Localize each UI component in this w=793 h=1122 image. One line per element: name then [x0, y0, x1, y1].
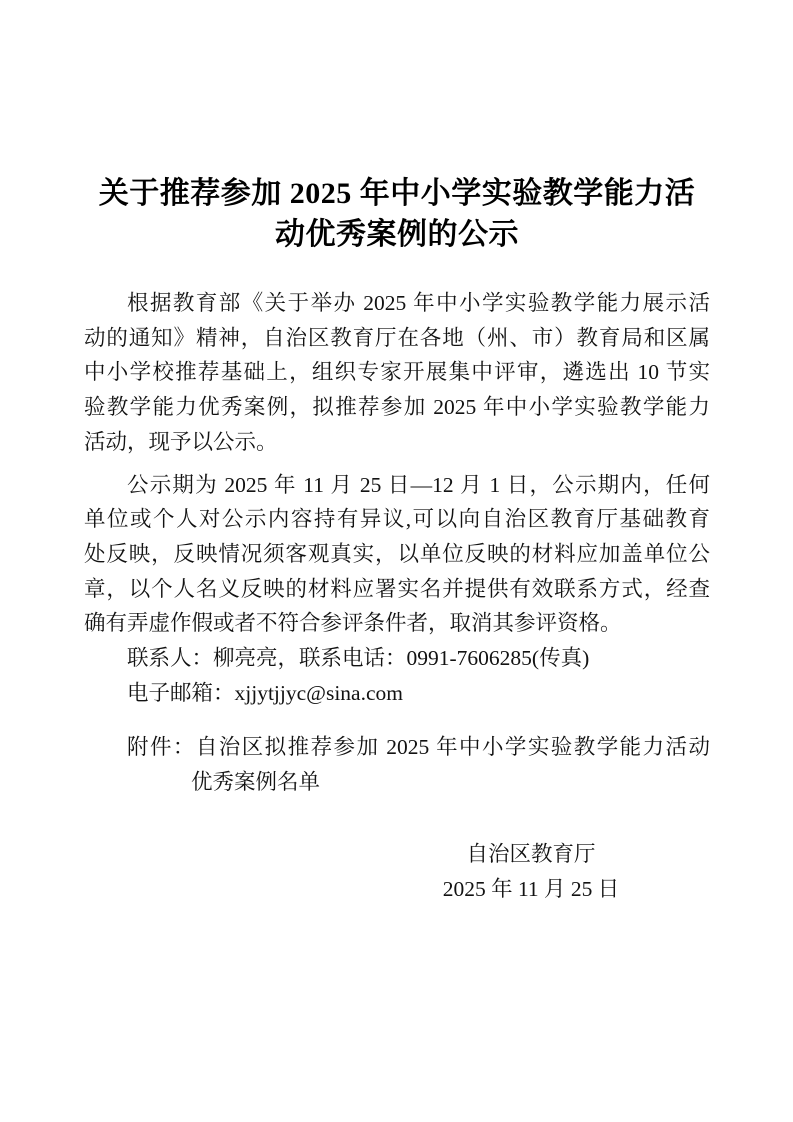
title-line-2: 动优秀案例的公示	[84, 214, 710, 255]
body-line: 确有弄虚作假或者不符合参评条件者，取消其参评资格。	[84, 606, 710, 641]
contact-email-line: 电子邮箱：xjjytjjyc@sina.com	[84, 676, 710, 711]
contact-info: 联系人：柳亮亮，联系电话：0991-7606285(传真) 电子邮箱：xjjyt…	[84, 641, 710, 710]
attachment-line-1: 附件：自治区拟推荐参加 2025 年中小学实验教学能力活动	[84, 730, 710, 765]
document-title: 关于推荐参加 2025 年中小学实验教学能力活 动优秀案例的公示	[84, 173, 710, 255]
body-line: 验教学能力优秀案例，拟推荐参加 2025 年中小学实验教学能力	[84, 390, 710, 425]
body-line: 活动，现予以公示。	[84, 425, 710, 460]
paragraph-basis: 根据教育部《关于举办 2025 年中小学实验教学能力展示活 动的通知》精神，自治…	[84, 286, 710, 460]
body-line: 处反映，反映情况须客观真实，以单位反映的材料应加盖单位公	[84, 537, 710, 572]
signature-organization: 自治区教育厅	[218, 837, 793, 872]
paragraph-publicity-period: 公示期为 2025 年 11 月 25 日—12 月 1 日，公示期内，任何 单…	[84, 468, 710, 642]
title-line-1: 关于推荐参加 2025 年中小学实验教学能力活	[84, 173, 710, 214]
body-line: 单位或个人对公示内容持有异议,可以向自治区教育厅基础教育	[84, 502, 710, 537]
signature-block: 自治区教育厅 2025 年 11 月 25 日	[218, 837, 793, 906]
body-line: 动的通知》精神，自治区教育厅在各地（州、市）教育局和区属	[84, 321, 710, 356]
document-body: 根据教育部《关于举办 2025 年中小学实验教学能力展示活 动的通知》精神，自治…	[84, 286, 710, 906]
body-line: 章，以个人名义反映的材料应署实名并提供有效联系方式，经查	[84, 572, 710, 607]
body-line: 公示期为 2025 年 11 月 25 日—12 月 1 日，公示期内，任何	[84, 468, 710, 503]
contact-person-line: 联系人：柳亮亮，联系电话：0991-7606285(传真)	[84, 641, 710, 676]
body-line: 中小学校推荐基础上，组织专家开展集中评审，遴选出 10 节实	[84, 355, 710, 390]
attachment-line-2: 优秀案例名单	[84, 765, 710, 800]
attachment-note: 附件：自治区拟推荐参加 2025 年中小学实验教学能力活动 优秀案例名单	[84, 730, 710, 799]
signature-date: 2025 年 11 月 25 日	[218, 872, 793, 907]
document-page: 关于推荐参加 2025 年中小学实验教学能力活 动优秀案例的公示 根据教育部《关…	[0, 0, 793, 1122]
body-line: 根据教育部《关于举办 2025 年中小学实验教学能力展示活	[84, 286, 710, 321]
